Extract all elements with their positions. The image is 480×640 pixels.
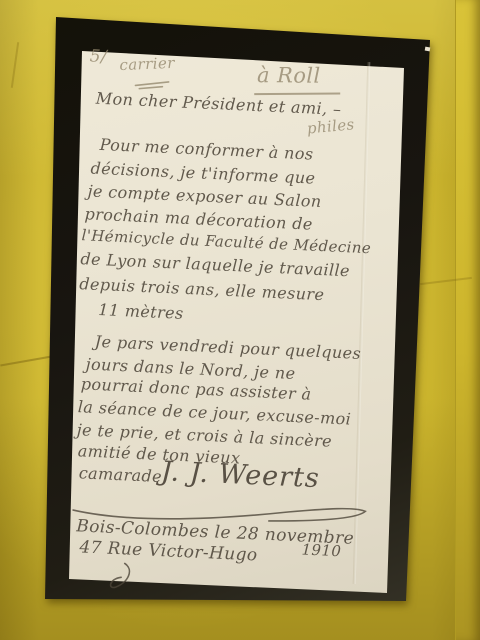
letter-content: 5/ carrier à Roll Mon cher Président et … — [56, 50, 411, 629]
address-flourish — [103, 560, 139, 596]
card-edge-nick — [425, 47, 431, 52]
pencil-underline — [254, 93, 340, 96]
signature: J. J. Weerts — [160, 456, 320, 494]
pencil-catalog-number: 5/ — [89, 46, 107, 67]
photo-of-letter: 5/ carrier à Roll Mon cher Président et … — [0, 0, 480, 640]
pencil-side-note: philes — [306, 115, 355, 137]
pencil-recipient-note: à Roll — [257, 63, 321, 88]
body-line: 11 mètres — [98, 300, 184, 323]
pencil-name-note: carrier — [119, 54, 175, 74]
closing-line: camarade — [78, 463, 162, 486]
body-line: Pour me conformer à nos — [99, 135, 314, 164]
year: 1910 — [301, 540, 342, 560]
body-line: depuis trois ans, elle mesure — [79, 274, 325, 304]
